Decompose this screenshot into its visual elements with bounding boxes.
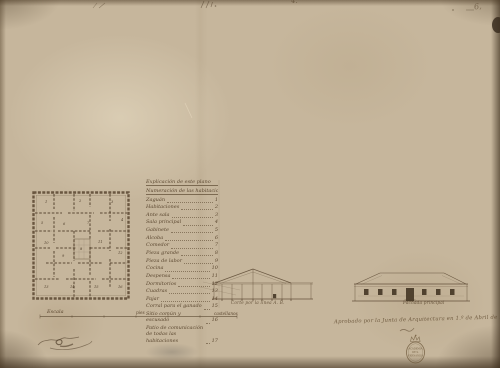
pen-dot xyxy=(215,5,217,7)
edge-ink-blob xyxy=(492,17,500,33)
approval-flourish xyxy=(400,328,414,331)
pen-mark xyxy=(93,3,105,8)
top-right-folio-mark: 6, xyxy=(473,2,482,13)
ink-marks-overlay: ACADEMIA DE S. FERNANDO xyxy=(0,0,500,368)
signature-rubric xyxy=(38,337,92,350)
top-center-mark: 4. xyxy=(291,0,298,6)
scratch xyxy=(185,103,192,118)
svg-text:FERNANDO: FERNANDO xyxy=(408,355,423,358)
scanned-drawing-sheet: 1 2 3 4 5 6 7 8 9 10 11 12 13 14 15 16 E… xyxy=(0,0,500,368)
pen-dot xyxy=(452,9,454,11)
pen-mark xyxy=(201,1,213,8)
stamp-crown xyxy=(411,336,421,342)
academy-stamp: ACADEMIA DE S. FERNANDO xyxy=(407,335,425,363)
scale-bar xyxy=(40,315,237,319)
